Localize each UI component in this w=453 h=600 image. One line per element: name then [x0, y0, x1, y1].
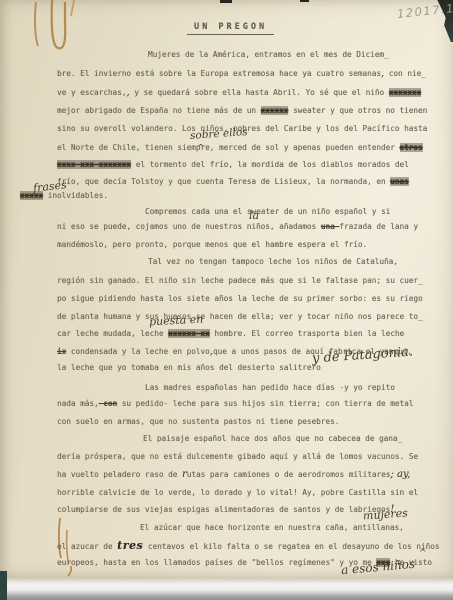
struck-text: xxxxxx — [261, 106, 289, 115]
scanned-typescript-page: UN PREGON Mujeres de la América, entramo… — [0, 0, 453, 600]
typescript-line: frío, que decía Tolstoy y que cuenta Ter… — [57, 177, 409, 186]
typed-text: región sin ganado. El niño sin leche pad… — [57, 276, 423, 285]
typed-text: Las madres españolas han pedido hace día… — [145, 383, 395, 392]
hw-caret: ^ — [197, 145, 205, 154]
typed-text: ha vuelto peladero raso de — [57, 470, 182, 479]
hw-frases: frases — [33, 179, 68, 193]
handwritten-correction: tres — [117, 539, 143, 552]
scan-edge-dash — [300, 0, 309, 2]
handwritten-correction: ; ay, — [390, 469, 410, 480]
typed-text: su pedido- leche para sus hijos sin tier… — [117, 399, 413, 408]
typed-text: la leche que yo tomaba en mis años del d… — [57, 363, 321, 372]
typed-text: mejor abrigado de España no tiene más de… — [57, 106, 261, 115]
typed-text: car leche mudada, leche — [57, 329, 168, 338]
typescript-line: nada más, con su pedido- leche para sus … — [57, 399, 413, 408]
typescript-line: región sin ganado. El niño sin leche pad… — [57, 276, 423, 285]
typescript-line: la leche que yo tomaba en mis años del d… — [57, 363, 321, 372]
scan-edge-dark-left — [0, 571, 7, 600]
typescript-line: Las madres españolas han pedido hace día… — [145, 383, 395, 392]
struck-text: una — [321, 222, 340, 231]
typed-text: el azucar de — [57, 542, 117, 551]
typed-text: columpiarse de sus viejas espigas alimen… — [57, 505, 390, 514]
scanner-surface — [0, 578, 453, 600]
struck-text: otros — [400, 143, 423, 152]
typed-text: Mujeres de la América, entramos en el me… — [148, 50, 389, 59]
typescript-line: Compremos cada una el sweater de un niño… — [145, 207, 390, 216]
typescript-line: ve y escarchas,, y se quedará sobre ella… — [57, 88, 421, 97]
hw-puesta-en: puesta en — [149, 314, 204, 328]
typed-text: El azúcar que hace horizonte en nuestra … — [140, 523, 404, 532]
paperclip-stain-icon — [22, 0, 92, 62]
typed-text: ve y escarchas, — [57, 88, 126, 97]
typed-text: frazada de lana y — [339, 222, 418, 231]
typed-text: utas para camiones o de aerodromos milit… — [187, 470, 391, 479]
typescript-line: bre. El invierno está sobre la Europa ex… — [57, 69, 426, 78]
typed-text: bre. El invierno está sobre la Europa ex… — [57, 69, 381, 78]
typescript-line: columpiarse de sus viejas espigas alimen… — [57, 505, 394, 514]
typescript-line: ha vuelto peladero raso de rutas para ca… — [57, 470, 410, 479]
typed-text: con nie_ — [384, 69, 426, 78]
typed-text: hombre. El correo trasporta bien la lech… — [210, 329, 404, 338]
hw-caret: ^ — [419, 550, 427, 559]
typed-text: horrible calvicie de lo verde, lo dorado… — [57, 488, 418, 497]
typed-text: europeos, hasta en los llamados países d… — [57, 558, 376, 567]
typescript-line: ni eso se puede, cojamos uno de nuestros… — [57, 222, 418, 231]
typed-text: mandémoslo, pero pronto, porque menos qu… — [57, 240, 367, 249]
struck-text: ix — [57, 347, 66, 356]
typed-text: El paisaje español hace dos años que no … — [143, 434, 402, 443]
struck-text: con — [99, 399, 118, 408]
hw-mujeres: mujeres — [363, 507, 409, 521]
struck-text: unas — [390, 177, 409, 186]
typed-text: frío, que decía Tolstoy y que cuenta Ter… — [57, 177, 390, 186]
typed-text: de planta humana y sus huesos se hacen d… — [57, 312, 423, 321]
typescript-line: mandémoslo, pero pronto, porque menos qu… — [57, 240, 367, 249]
typescript-line: el Norte de Chile, tienen siempre, merce… — [57, 143, 423, 152]
typescript-line: xxxx xxx xxxxxxx el tormento del frío, l… — [57, 160, 409, 169]
typescript-line: El paisaje español hace dos años que no … — [143, 434, 402, 443]
typed-text: y se quedará sobre ella hasta Abril. Yo … — [130, 88, 389, 97]
scan-edge-dash — [220, 0, 232, 3]
typescript-line: mejor abrigado de España no tiene más de… — [57, 106, 427, 115]
typed-text: ni eso se puede, cojamos uno de nuestros… — [57, 222, 321, 231]
typescript-line: po sigue pidiendo hasta los siete años l… — [57, 294, 423, 303]
typed-text: Tal vez no tengan tampoco leche los niño… — [148, 257, 398, 266]
typed-text: po sigue pidiendo hasta los siete años l… — [57, 294, 423, 303]
typed-text: dería próspera, que no está dulcemente g… — [57, 452, 418, 461]
typescript-line: dería próspera, que no está dulcemente g… — [57, 452, 418, 461]
document-title: UN PREGON — [187, 22, 274, 35]
typescript-line: el azucar de tres centavos el kilo falta… — [57, 541, 439, 551]
struck-text: xxxx xxx xxxxxxx — [57, 160, 131, 169]
typescript-line: Tal vez no tengan tampoco leche los niño… — [148, 257, 398, 266]
typed-text: el tormento del frío, la mordida de los … — [131, 160, 409, 169]
typescript-line: car leche mudada, leche xxxxxx xx hombre… — [57, 329, 404, 338]
typescript-line: de planta humana y sus huesos se hacen d… — [57, 312, 423, 321]
typed-text: sweater y que otros no tienen — [288, 106, 427, 115]
typed-text: centavos el kilo falta o se regatea en e… — [143, 542, 439, 551]
typed-text: nada más, — [57, 399, 99, 408]
struck-text: xxxxxx xx — [168, 329, 210, 338]
typed-text: Compremos cada una el sweater de un niño… — [145, 207, 390, 216]
typed-text: condensada y la leche en polvo — [66, 347, 209, 356]
typed-text: el Norte de Chile, tienen siempre, merce… — [57, 143, 400, 152]
typescript-line: Mujeres de la América, entramos en el me… — [148, 50, 389, 59]
struck-text: xxxxxxx — [389, 88, 421, 97]
typed-text: con suelo en armas, que no sustenta past… — [57, 417, 339, 426]
typescript-line: con suelo en armas, que no sustenta past… — [57, 417, 339, 426]
typescript-line: horrible calvicie de lo verde, lo dorado… — [57, 488, 418, 497]
typescript-line: El azúcar que hace horizonte en nuestra … — [140, 523, 404, 532]
hw-la: la — [249, 210, 259, 221]
